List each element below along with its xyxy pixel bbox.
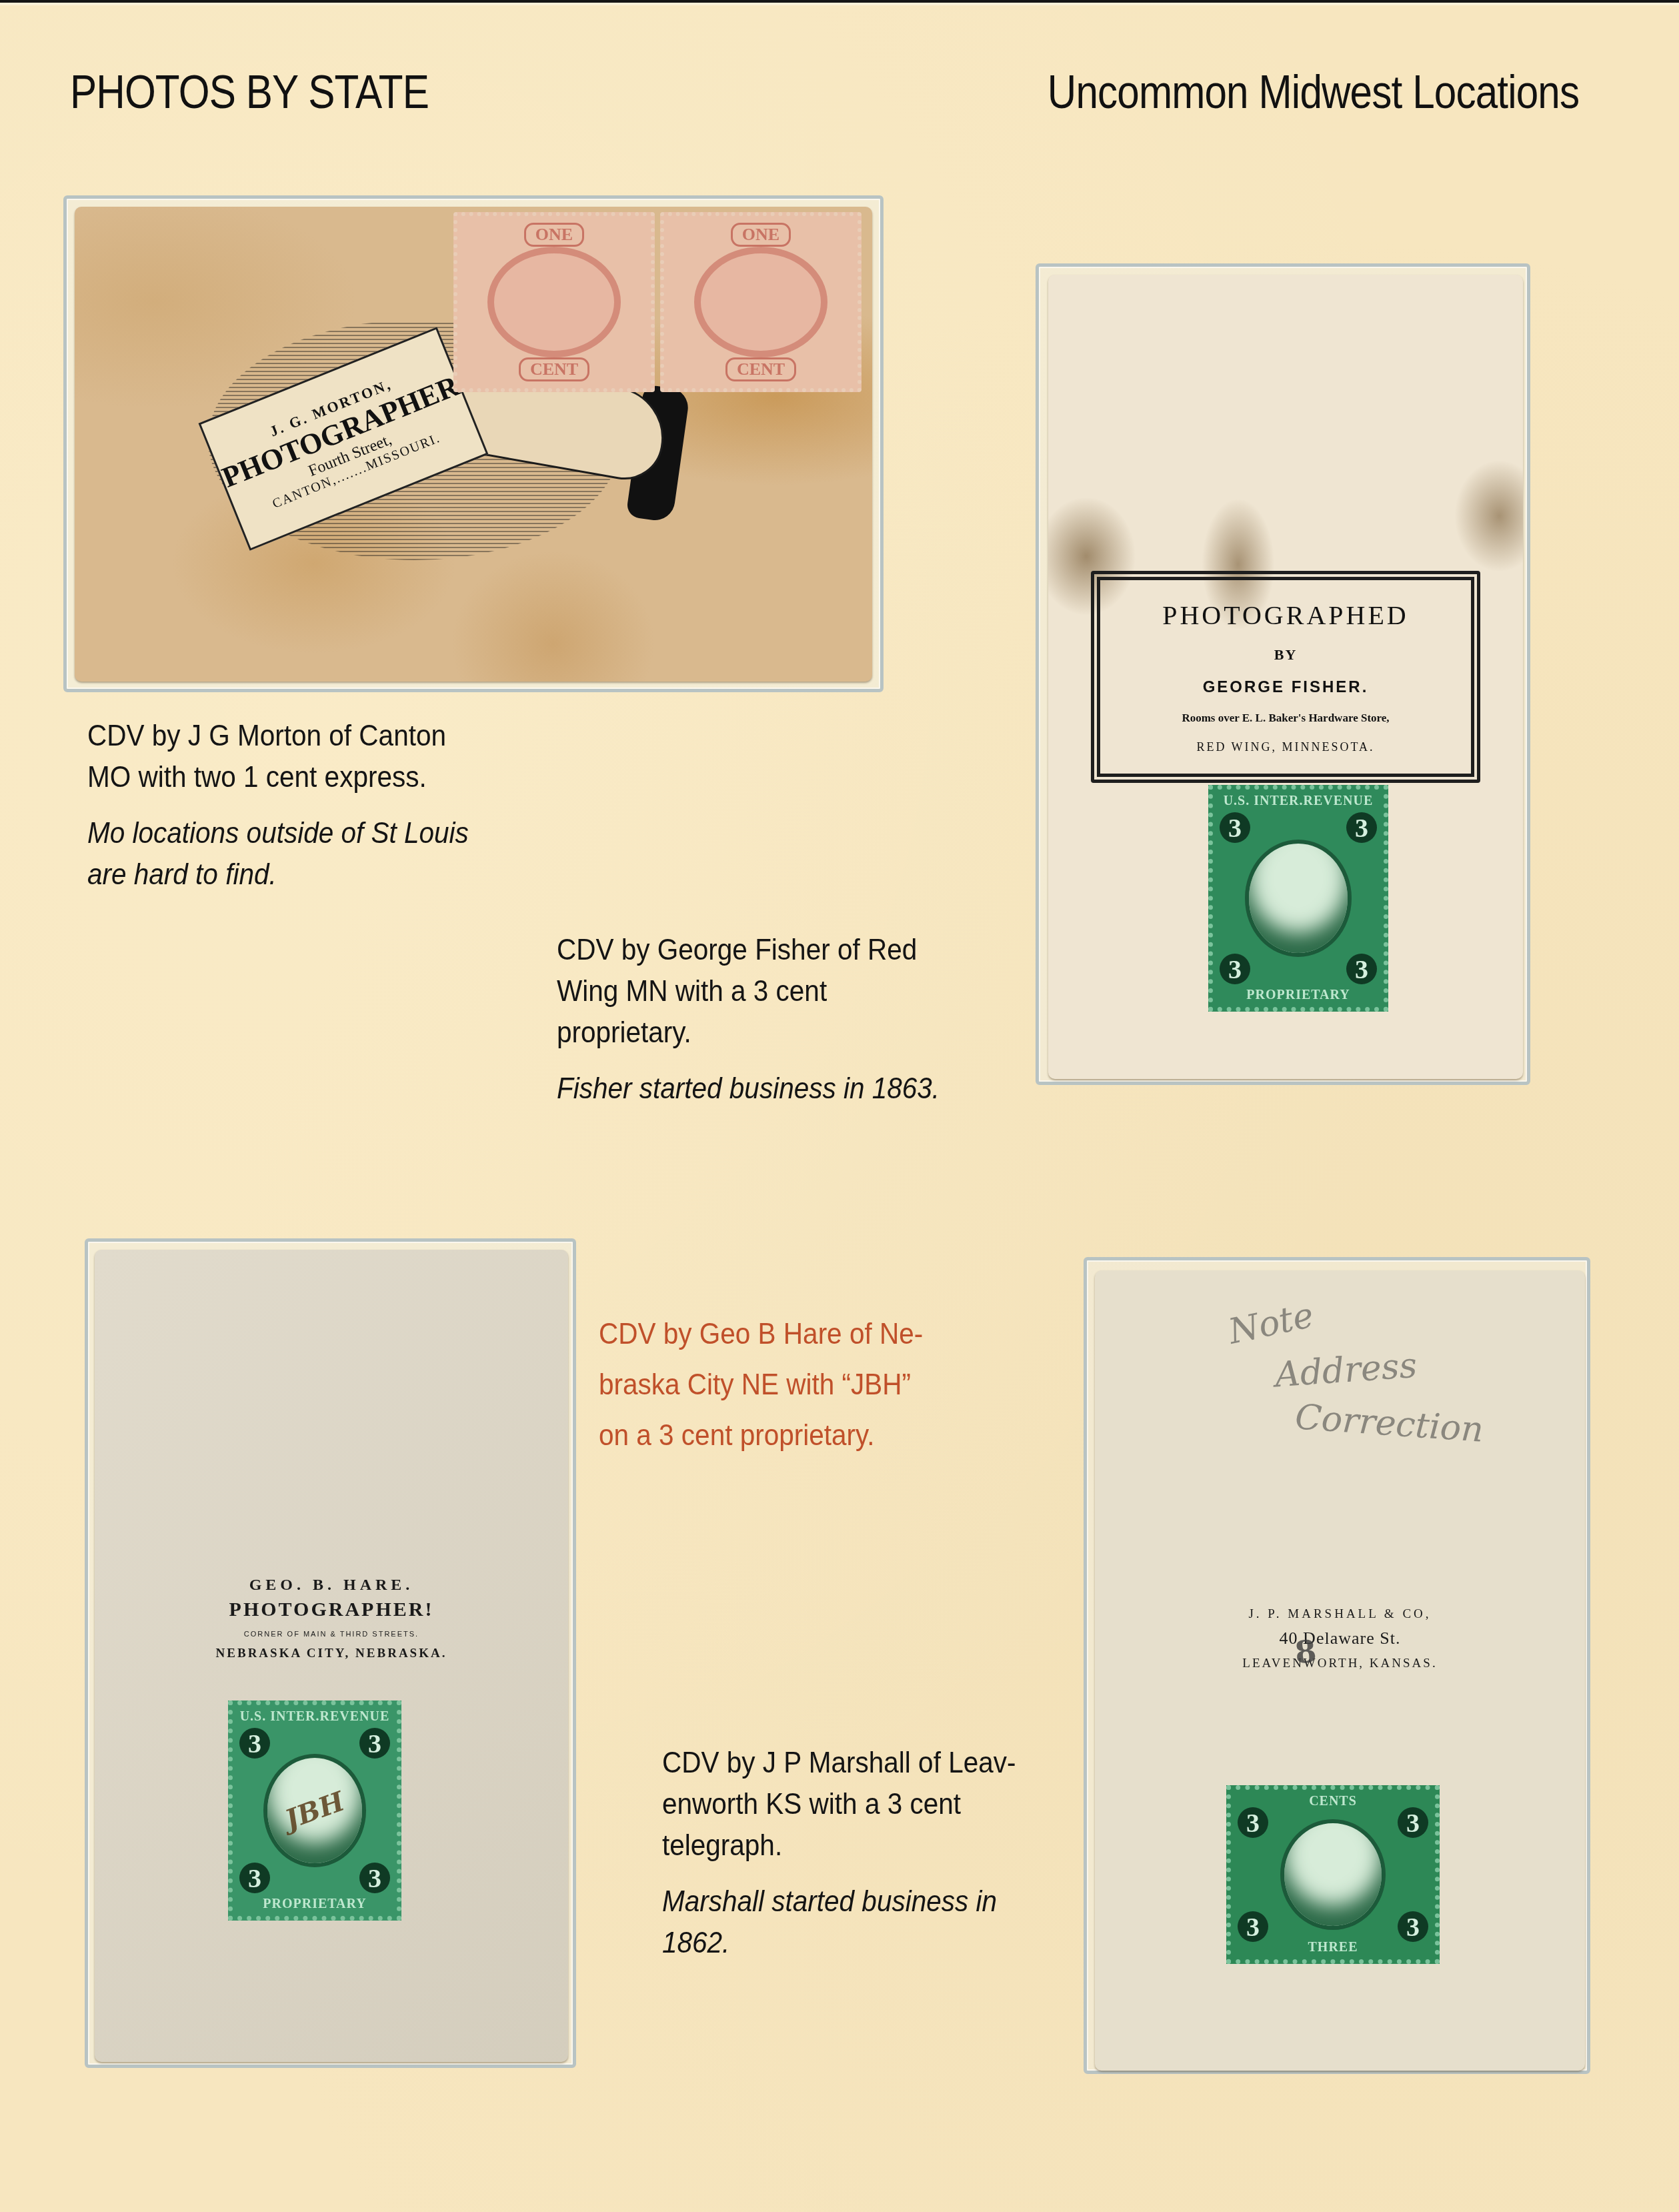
photographer-imprint: J. P. MARSHALL & CO, 40 Delaware St. LEA… [1095,1607,1585,1671]
revenue-stamp-pair: ONE CENT ONE CENT [453,212,862,392]
one-cent-express-stamp: ONE CENT [660,212,862,392]
page-subtitle: Uncommon Midwest Locations [1048,65,1579,119]
caption-hare: CDV by Geo B Hare of Ne- braska City NE … [599,1308,923,1460]
page-title: PHOTOS BY STATE [70,65,429,119]
caption-fisher: CDV by George Fisher of Red Wing MN with… [557,929,940,1109]
cdv-card-morton: J. G. MORTON, PHOTOGRAPHER Fourth Street… [75,207,872,682]
washington-portrait [487,247,621,357]
cdv-card-fisher: PHOTOGRAPHED BY GEORGE FISHER. Rooms ove… [1048,275,1523,1079]
washington-portrait [694,247,827,357]
pencil-annotation: Correction [1294,1397,1485,1450]
photo-mount-morton: J. G. MORTON, PHOTOGRAPHER Fourth Street… [63,195,884,692]
photo-mount-hare: GEO. B. HARE. PHOTOGRAPHER! CORNER OF MA… [85,1238,576,2068]
washington-portrait [1245,840,1352,956]
pencil-annotation: Address [1274,1346,1418,1396]
caption-note: Marshall started business in 1862. [662,1881,1016,1963]
pencil-annotation: Note [1225,1295,1317,1352]
scan-top-edge [0,0,1679,3]
caption-note: Mo locations outside of St Louis are har… [87,812,469,895]
photo-mount-fisher: PHOTOGRAPHED BY GEORGE FISHER. Rooms ove… [1036,263,1530,1085]
photo-mount-marshall: Note Address Correction J. P. MARSHALL &… [1084,1257,1590,2074]
address-correction-mark: 8 [1293,1632,1318,1671]
cdv-card-marshall: Note Address Correction J. P. MARSHALL &… [1095,1270,1585,2071]
three-cent-telegraph-stamp: CENTS THREE 3 3 3 3 [1226,1785,1440,1964]
cdv-card-hare: GEO. B. HARE. PHOTOGRAPHER! CORNER OF MA… [95,1250,568,2062]
caption-note: Fisher started business in 1863. [557,1068,940,1109]
photographer-imprint: GEO. B. HARE. PHOTOGRAPHER! CORNER OF MA… [95,1576,568,1661]
one-cent-express-stamp: ONE CENT [453,212,655,392]
three-cent-proprietary-stamp: U.S. INTER.REVENUE PROPRIETARY 3 3 3 3 J… [228,1701,401,1921]
washington-portrait [1280,1819,1386,1931]
caption-marshall: CDV by J P Marshall of Leav- enworth KS … [662,1742,1016,1963]
ornamental-imprint-frame: PHOTOGRAPHED BY GEORGE FISHER. Rooms ove… [1091,571,1480,783]
three-cent-proprietary-stamp: U.S. INTER.REVENUE PROPRIETARY 3 3 3 3 [1208,785,1388,1012]
caption-morton: CDV by J G Morton of Canton MO with two … [87,715,469,895]
